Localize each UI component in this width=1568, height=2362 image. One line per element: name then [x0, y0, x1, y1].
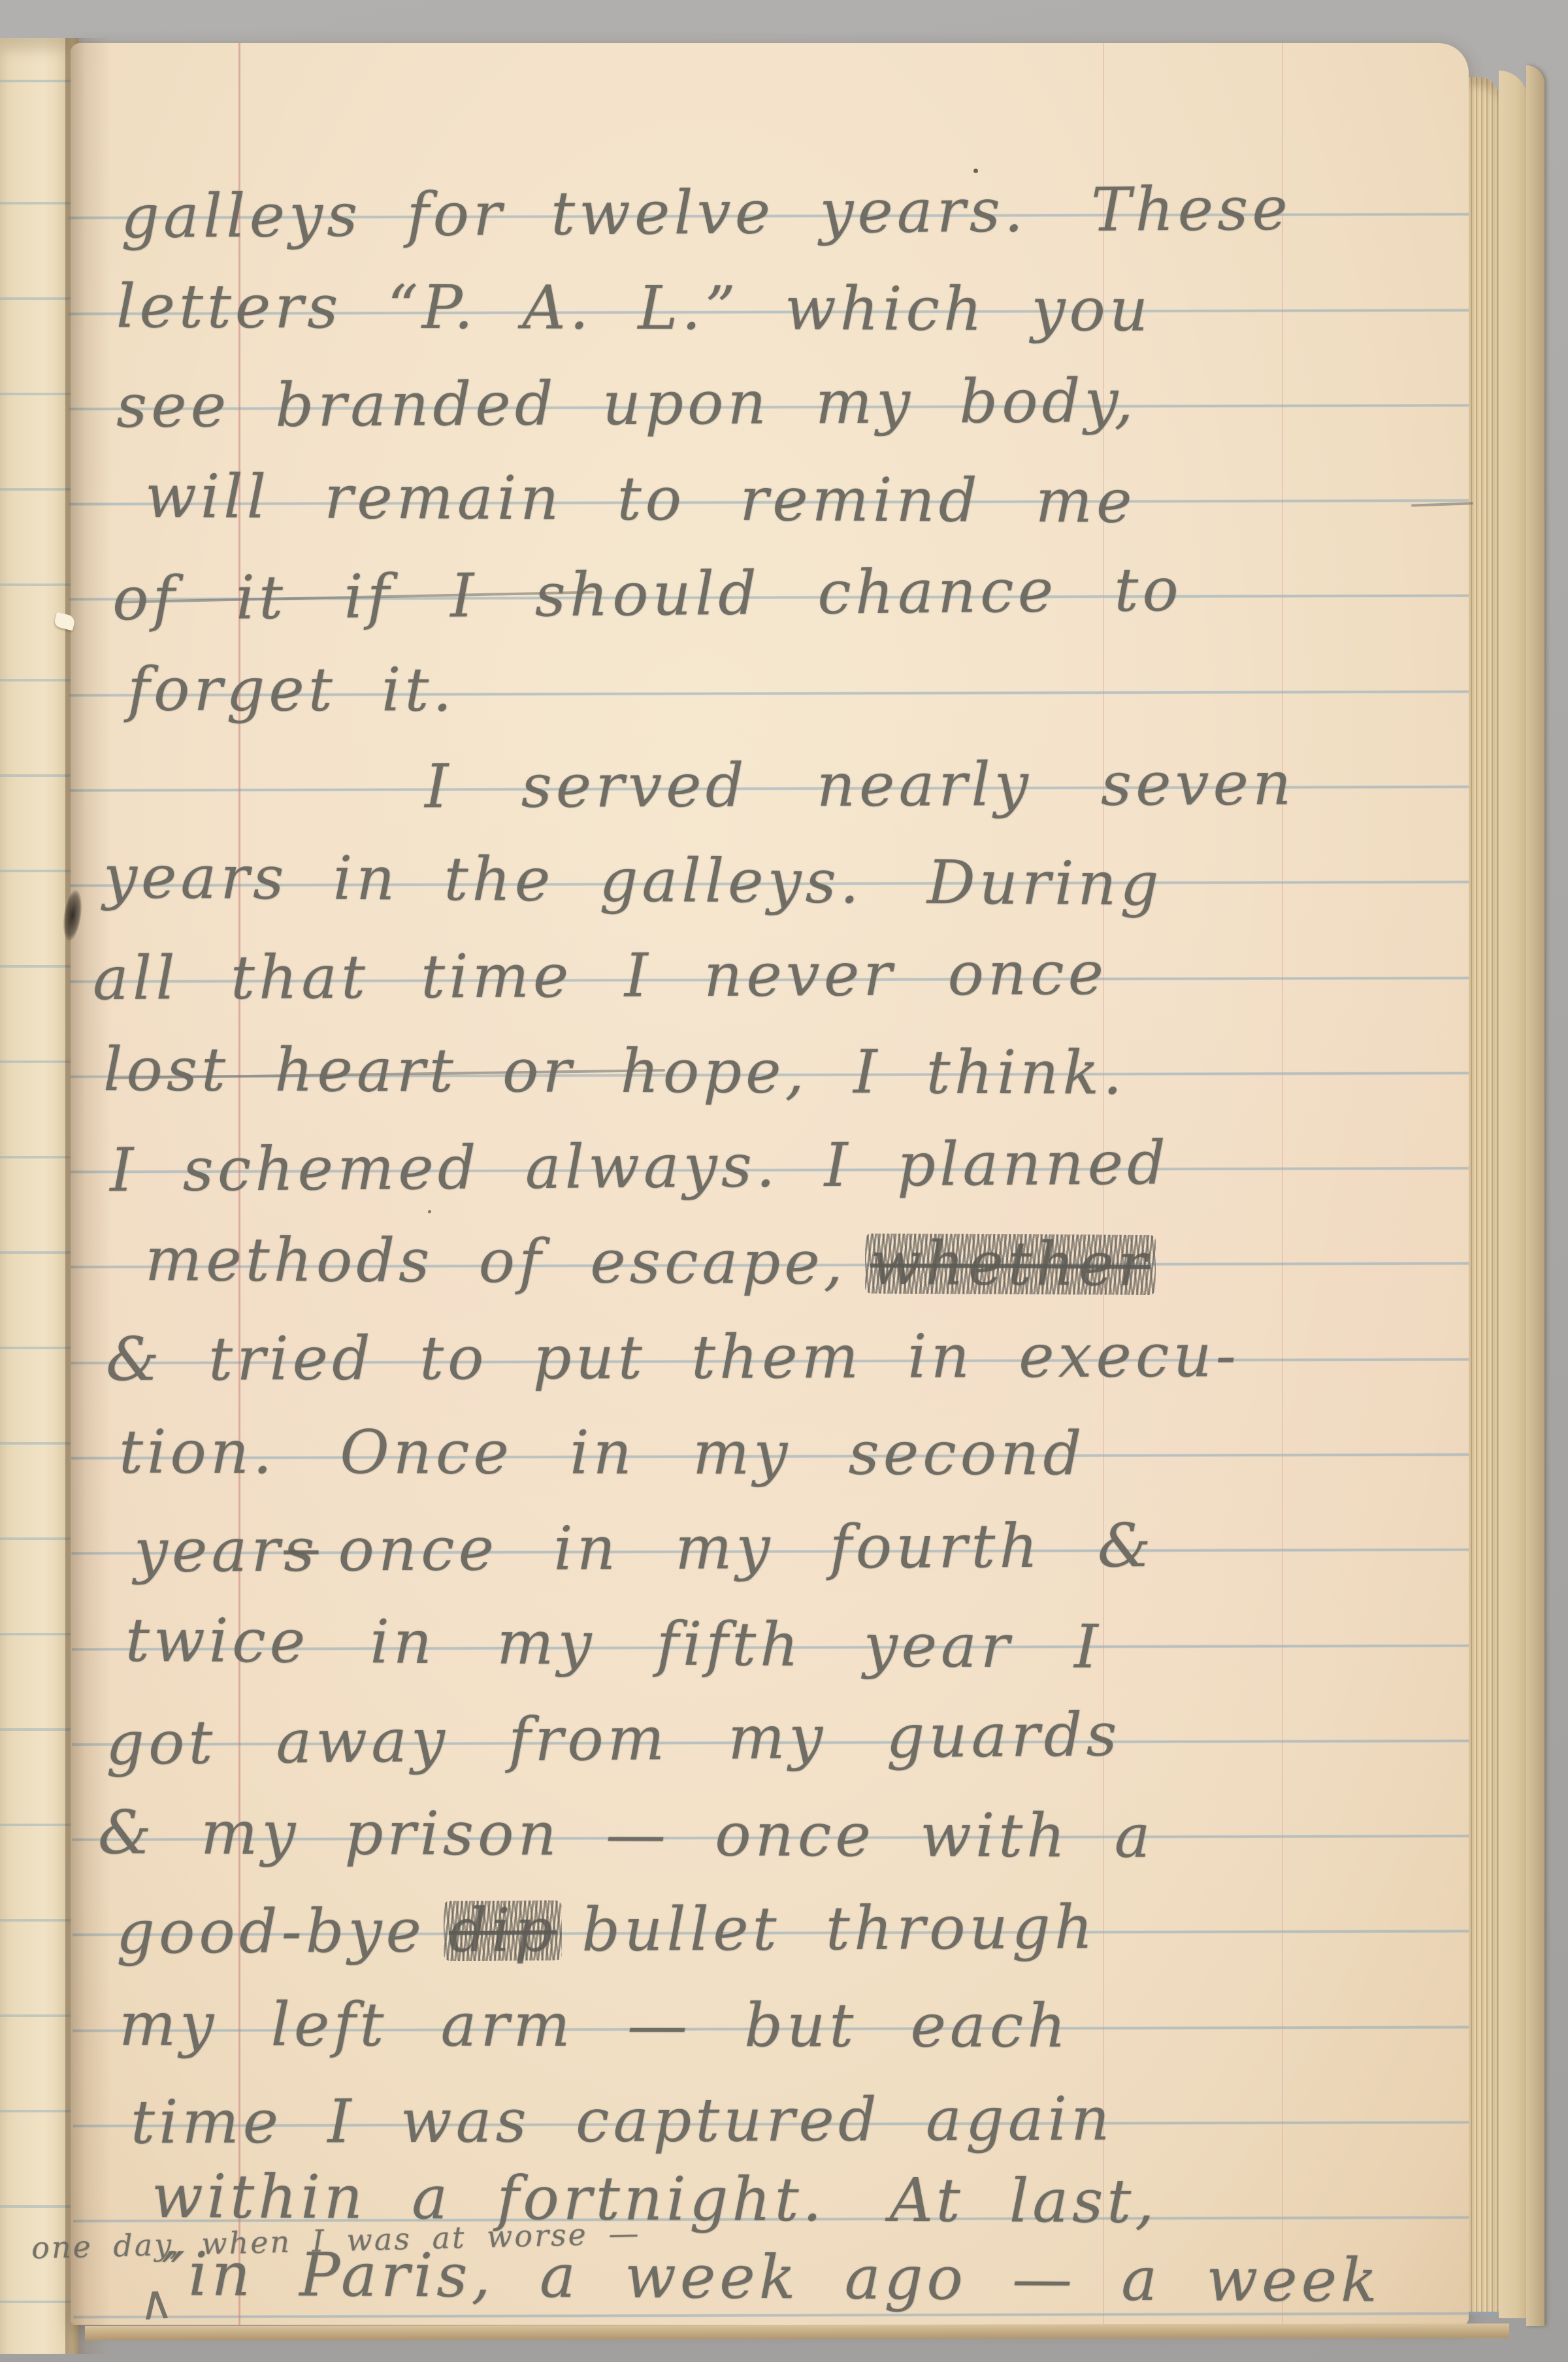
manuscript-line: tion. Once in my second [119, 1422, 1085, 1484]
manuscript-line: letters “P. A. L.” which you [116, 276, 1152, 340]
manuscript-line: methods of escape,whether [145, 1230, 1156, 1295]
scratched-out-word: dip [444, 1900, 563, 1961]
manuscript-line-text: once in my fourth & [338, 1511, 1155, 1585]
manuscript-line: see branded upon my body, [116, 371, 1137, 436]
manuscript-line: of it if I should chance to [112, 560, 1183, 629]
manuscript-line-text: good-bye [116, 1895, 426, 1967]
struck-letter: s [284, 1515, 319, 1585]
handwriting-layer: galleys for twelve years. These letters … [0, 0, 1568, 2362]
manuscript-line: will remain to remind me [145, 467, 1136, 532]
manuscript-line-text: bullet through [581, 1892, 1097, 1965]
photograph-of-notebook: galleys for twelve years. These letters … [0, 0, 1568, 2362]
manuscript-line: galleys for twelve years. These [121, 179, 1292, 248]
manuscript-line: within a fortnight. At last, [152, 2167, 1158, 2232]
manuscript-line: forget it. [127, 660, 456, 721]
manuscript-line: & tried to put them in execu- [106, 1326, 1240, 1390]
manuscript-line: time I was captured again [131, 2089, 1114, 2152]
manuscript-line: got away from my guards [106, 1705, 1121, 1774]
manuscript-line: I served nearly seven [425, 754, 1296, 817]
manuscript-line: & my prison — once with a [98, 1803, 1154, 1867]
scratched-out-word: whether [865, 1234, 1156, 1295]
manuscript-line: yearsonce in my fourth & [134, 1516, 1155, 1581]
manuscript-line: I schemed always. I planned [110, 1133, 1170, 1200]
manuscript-line: twice in my fifth year I [125, 1611, 1102, 1677]
manuscript-line: all that time I never once [93, 943, 1108, 1009]
manuscript-line: years in the galleys. During [103, 847, 1163, 914]
insertion-caret: ∧ [137, 2274, 174, 2331]
manuscript-line-text: methods of escape, [145, 1224, 847, 1298]
manuscript-line: good-byedipbullet through [116, 1897, 1097, 1963]
manuscript-line: ″in Paris, a week ago — a week [162, 2244, 1381, 2311]
pencil-dash [1411, 502, 1473, 506]
manuscript-line: my left arm — but each [119, 1995, 1070, 2057]
manuscript-line-text: year [134, 1515, 284, 1586]
